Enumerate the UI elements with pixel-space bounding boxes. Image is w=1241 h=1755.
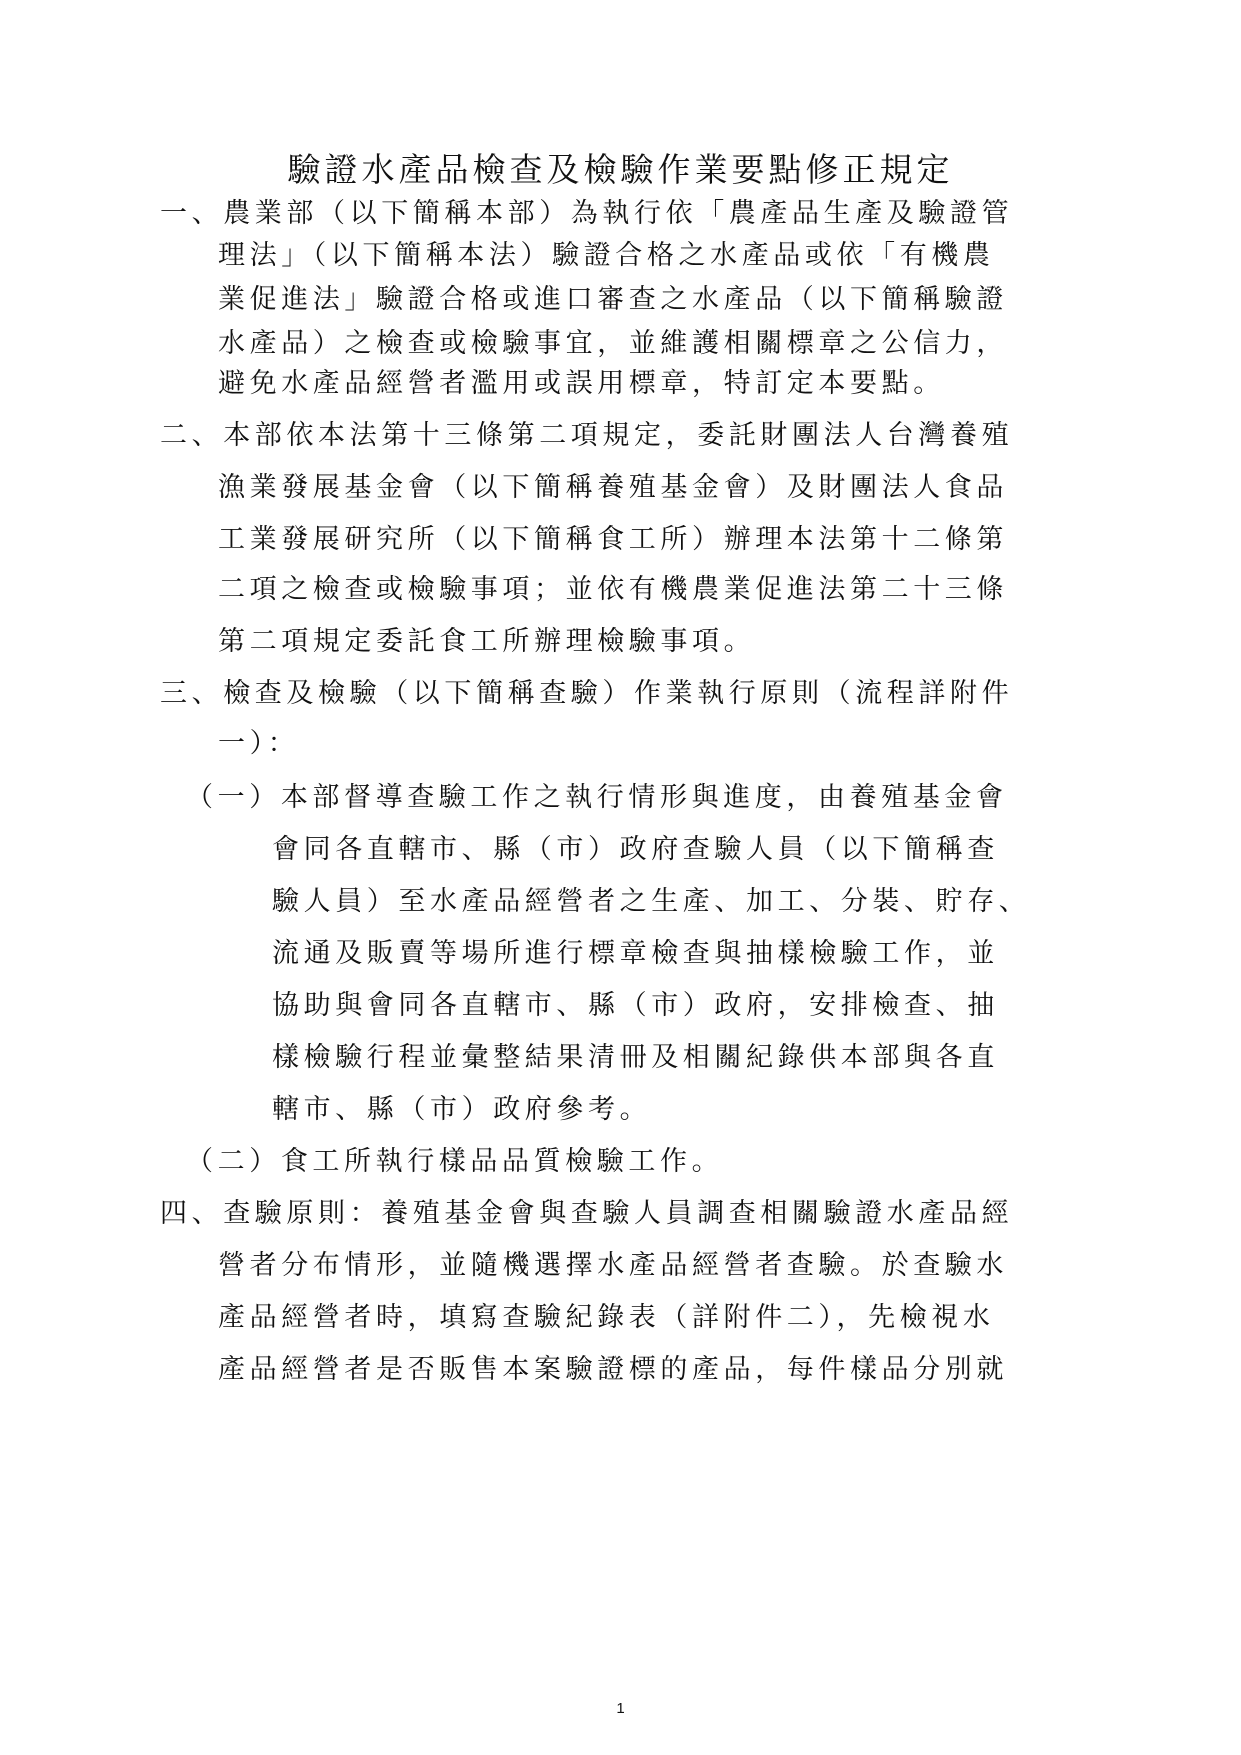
subitem-2-line-1: （二）食工所執行樣品品質檢驗工作。 (186, 1144, 723, 1180)
section-2-line-4: 二項之檢查或檢驗事項；並依有機農業促進法第二十三條 (218, 572, 1008, 608)
subitem-1-line-4: 流通及販賣等場所進行標章檢查與抽樣檢驗工作，並 (272, 936, 999, 972)
section-1-line-1: 一、農業部（以下簡稱本部）為執行依「農產品生產及驗證管 (160, 196, 1013, 232)
section-marker: 三、 (160, 678, 223, 709)
subitem-marker: （二） (186, 1146, 281, 1177)
section-1-line-3: 業促進法」驗證合格或進口審查之水產品（以下簡稱驗證 (218, 282, 1008, 318)
section-2-line-2: 漁業發展基金會（以下簡稱養殖基金會）及財團法人食品 (218, 470, 1008, 506)
subitem-1-line-7: 轄市、縣（市）政府參考。 (272, 1092, 651, 1128)
section-1-line-2: 理法」（以下簡稱本法）驗證合格之水產品或依「有機農 (218, 238, 995, 274)
subitem-1-line-1: （一）本部督導查驗工作之執行情形與進度，由養殖基金會 (186, 780, 1008, 816)
section-2-line-1: 二、本部依本法第十三條第二項規定，委託財團法人台灣養殖 (160, 418, 1013, 454)
section-4-line-3: 產品經營者時，填寫查驗紀錄表（詳附件二），先檢視水 (218, 1300, 995, 1336)
section-1-line-5: 避免水產品經營者濫用或誤用標章，特訂定本要點。 (218, 366, 945, 402)
subitem-1-line-6: 樣檢驗行程並彙整結果清冊及相關紀錄供本部與各直 (272, 1040, 999, 1076)
section-marker: 二、 (160, 420, 223, 451)
section-marker: 四、 (160, 1198, 223, 1229)
document-page: 驗證水產品檢查及檢驗作業要點修正規定 一、農業部（以下簡稱本部）為執行依「農產品… (0, 0, 1241, 1755)
section-4-line-2: 營者分布情形，並隨機選擇水產品經營者查驗。於查驗水 (218, 1248, 1008, 1284)
subitem-1-line-5: 協助與會同各直轄市、縣（市）政府，安排檢查、抽 (272, 988, 999, 1024)
subitem-marker: （一） (186, 782, 281, 813)
subitem-1-line-3: 驗人員）至水產品經營者之生產、加工、分裝、貯存、 (272, 884, 1030, 920)
section-3-line-1: 三、檢查及檢驗（以下簡稱查驗）作業執行原則（流程詳附件 (160, 676, 1013, 712)
subitem-1-line-2: 會同各直轄市、縣（市）政府查驗人員（以下簡稱查 (272, 832, 999, 868)
document-title: 驗證水產品檢查及檢驗作業要點修正規定 (0, 148, 1241, 192)
page-number: 1 (0, 1700, 1241, 1717)
section-2-line-5: 第二項規定委託食工所辦理檢驗事項。 (218, 624, 755, 660)
section-marker: 一、 (160, 198, 223, 229)
section-4-line-4: 產品經營者是否販售本案驗證標的產品，每件樣品分別就 (218, 1352, 1008, 1388)
section-1-line-4: 水產品）之檢查或檢驗事宜，並維護相關標章之公信力， (218, 326, 1008, 362)
section-2-line-3: 工業發展研究所（以下簡稱食工所）辦理本法第十二條第 (218, 522, 1008, 558)
section-4-line-1: 四、查驗原則：養殖基金會與查驗人員調查相關驗證水產品經 (160, 1196, 1013, 1232)
section-3-line-2: 一）： (218, 726, 299, 762)
